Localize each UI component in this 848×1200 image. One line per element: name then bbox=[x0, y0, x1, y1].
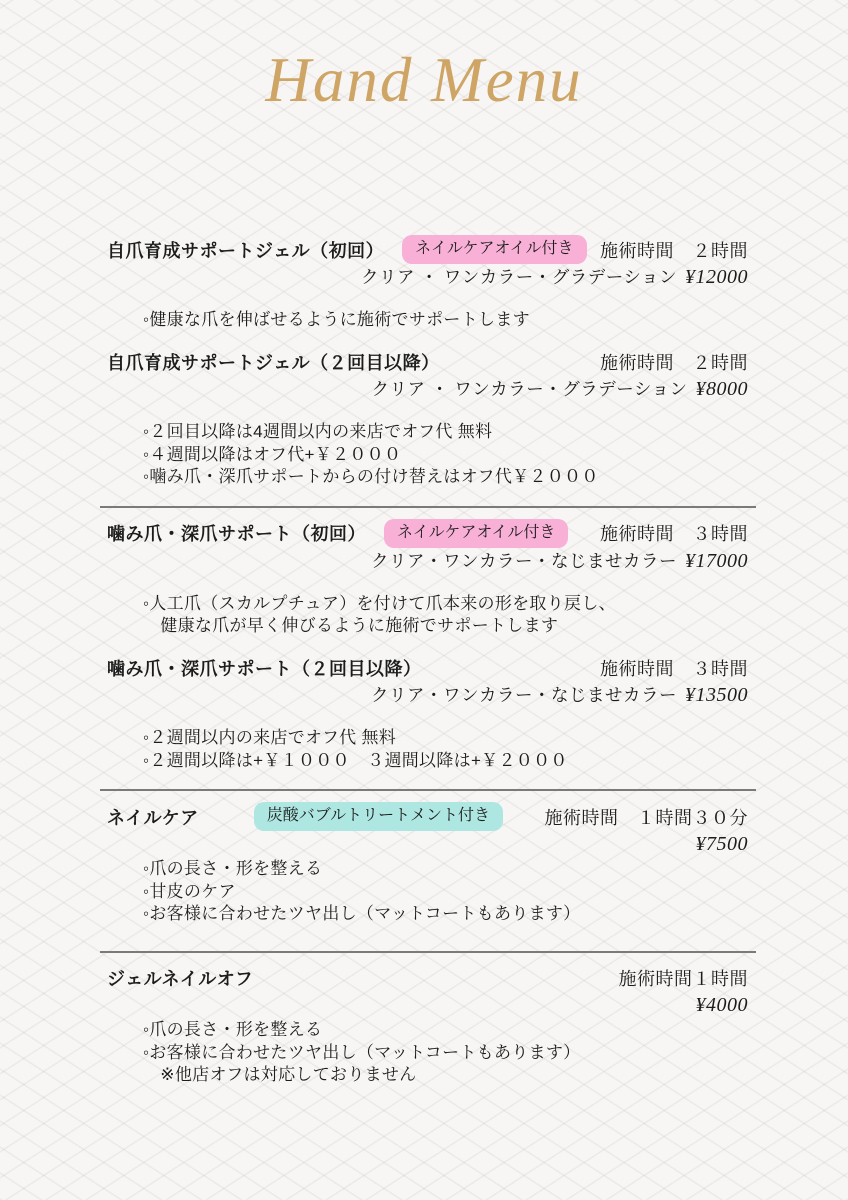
variants-price-row: ¥7500 bbox=[107, 833, 748, 855]
variants-price-row: クリア ・ ワンカラー・グラデーション ¥8000 bbox=[107, 378, 748, 400]
notes-list: ◦人工爪（スカルプチュア）を付けて爪本来の形を取り戻し、 健康な爪が早く伸びるよ… bbox=[107, 593, 748, 638]
menu-section: ネイルケア 炭酸バブルトリートメント付き 施術時間 １時間３０分 ¥7500 ◦… bbox=[107, 802, 748, 925]
menu-section: 自爪育成サポートジェル（初回） ネイルケアオイル付き 施術時間 ２時間 クリア … bbox=[107, 235, 748, 331]
section-divider bbox=[100, 506, 756, 508]
section-title: 噛み爪・深爪サポート（初回） bbox=[107, 520, 366, 546]
note-line: ◦４週間以降はオフ代+￥２０００ bbox=[143, 444, 748, 466]
price-label: ¥17000 bbox=[685, 550, 748, 572]
included-badge: 炭酸バブルトリートメント付き bbox=[254, 802, 503, 831]
menu-body: 自爪育成サポートジェル（初回） ネイルケアオイル付き 施術時間 ２時間 クリア … bbox=[107, 235, 748, 1087]
section-title: ジェルネイルオフ bbox=[107, 965, 253, 991]
note-line: ◦爪の長さ・形を整える bbox=[143, 858, 748, 880]
section-header: ネイルケア 炭酸バブルトリートメント付き 施術時間 １時間３０分 bbox=[107, 802, 748, 831]
menu-section: 噛み爪・深爪サポート（２回目以降） 施術時間 ３時間 クリア・ワンカラー・なじま… bbox=[107, 654, 748, 772]
note-line: ◦噛み爪・深爪サポートからの付け替えはオフ代￥２０００ bbox=[143, 466, 748, 488]
hand-menu-page: Hand Menu 自爪育成サポートジェル（初回） ネイルケアオイル付き 施術時… bbox=[0, 44, 848, 1087]
duration-label: 施術時間 ３時間 bbox=[600, 520, 748, 546]
price-label: ¥8000 bbox=[696, 378, 749, 400]
note-line: ◦甘皮のケア bbox=[143, 881, 748, 903]
note-line: ◦２回目以降は4週間以内の来店でオフ代 無料 bbox=[143, 421, 748, 443]
notes-list: ◦２回目以降は4週間以内の来店でオフ代 無料 ◦４週間以降はオフ代+￥２０００ … bbox=[107, 421, 748, 488]
duration-label: 施術時間 ３時間 bbox=[600, 655, 748, 681]
note-line: ※他店オフは対応しておりません bbox=[143, 1064, 748, 1086]
menu-section: 自爪育成サポートジェル（２回目以降） 施術時間 ２時間 クリア ・ ワンカラー・… bbox=[107, 348, 748, 488]
note-line: ◦２週間以降は+￥１０００ ３週間以降は+￥２０００ bbox=[143, 750, 748, 772]
notes-list: ◦爪の長さ・形を整える ◦お客様に合わせたツヤ出し（マットコートもあります） ※… bbox=[107, 1019, 748, 1086]
notes-list: ◦爪の長さ・形を整える ◦甘皮のケア ◦お客様に合わせたツヤ出し（マットコートも… bbox=[107, 858, 748, 925]
section-divider bbox=[100, 789, 756, 791]
section-header: 自爪育成サポートジェル（初回） ネイルケアオイル付き 施術時間 ２時間 bbox=[107, 235, 748, 264]
variants-label: クリア・ワンカラー・なじませカラー bbox=[371, 684, 677, 706]
note-line: ◦健康な爪を伸ばせるように施術でサポートします bbox=[143, 309, 748, 331]
note-line: ◦２週間以内の来店でオフ代 無料 bbox=[143, 727, 748, 749]
section-header: 噛み爪・深爪サポート（２回目以降） 施術時間 ３時間 bbox=[107, 654, 748, 682]
notes-list: ◦２週間以内の来店でオフ代 無料 ◦２週間以降は+￥１０００ ３週間以降は+￥２… bbox=[107, 727, 748, 772]
notes-list: ◦健康な爪を伸ばせるように施術でサポートします bbox=[107, 309, 748, 331]
price-label: ¥7500 bbox=[696, 833, 749, 855]
included-badge: ネイルケアオイル付き bbox=[384, 519, 568, 548]
duration-label: 施術時間１時間 bbox=[619, 965, 749, 991]
section-title: 自爪育成サポートジェル（２回目以降） bbox=[107, 349, 440, 375]
section-divider bbox=[100, 951, 756, 953]
variants-label: クリア ・ ワンカラー・グラデーション bbox=[371, 378, 687, 400]
duration-label: 施術時間 ２時間 bbox=[600, 349, 748, 375]
section-title: 自爪育成サポートジェル（初回） bbox=[107, 237, 384, 263]
price-label: ¥13500 bbox=[685, 684, 748, 706]
variants-price-row: クリア・ワンカラー・なじませカラー ¥17000 bbox=[107, 550, 748, 572]
variants-label: クリア・ワンカラー・なじませカラー bbox=[371, 550, 677, 572]
note-line: 健康な爪が早く伸びるように施術でサポートします bbox=[143, 615, 748, 637]
section-header: 噛み爪・深爪サポート（初回） ネイルケアオイル付き 施術時間 ３時間 bbox=[107, 519, 748, 548]
section-header: ジェルネイルオフ 施術時間１時間 bbox=[107, 964, 748, 992]
variants-label: クリア ・ ワンカラー・グラデーション bbox=[361, 266, 677, 288]
duration-label: 施術時間 １時間３０分 bbox=[545, 804, 749, 830]
note-line: ◦お客様に合わせたツヤ出し（マットコートもあります） bbox=[143, 1042, 748, 1064]
duration-label: 施術時間 ２時間 bbox=[600, 237, 748, 263]
note-line: ◦お客様に合わせたツヤ出し（マットコートもあります） bbox=[143, 903, 748, 925]
menu-section: ジェルネイルオフ 施術時間１時間 ¥4000 ◦爪の長さ・形を整える ◦お客様に… bbox=[107, 964, 748, 1086]
variants-price-row: ¥4000 bbox=[107, 994, 748, 1016]
page-title: Hand Menu bbox=[0, 44, 848, 117]
price-label: ¥12000 bbox=[685, 266, 748, 288]
price-label: ¥4000 bbox=[696, 994, 749, 1016]
section-title: ネイルケア bbox=[107, 804, 199, 830]
included-badge: ネイルケアオイル付き bbox=[402, 235, 586, 264]
note-line: ◦人工爪（スカルプチュア）を付けて爪本来の形を取り戻し、 bbox=[143, 593, 748, 615]
variants-price-row: クリア ・ ワンカラー・グラデーション ¥12000 bbox=[107, 266, 748, 288]
section-title: 噛み爪・深爪サポート（２回目以降） bbox=[107, 655, 422, 681]
variants-price-row: クリア・ワンカラー・なじませカラー ¥13500 bbox=[107, 684, 748, 706]
note-line: ◦爪の長さ・形を整える bbox=[143, 1019, 748, 1041]
section-header: 自爪育成サポートジェル（２回目以降） 施術時間 ２時間 bbox=[107, 348, 748, 376]
menu-section: 噛み爪・深爪サポート（初回） ネイルケアオイル付き 施術時間 ３時間 クリア・ワ… bbox=[107, 519, 748, 638]
